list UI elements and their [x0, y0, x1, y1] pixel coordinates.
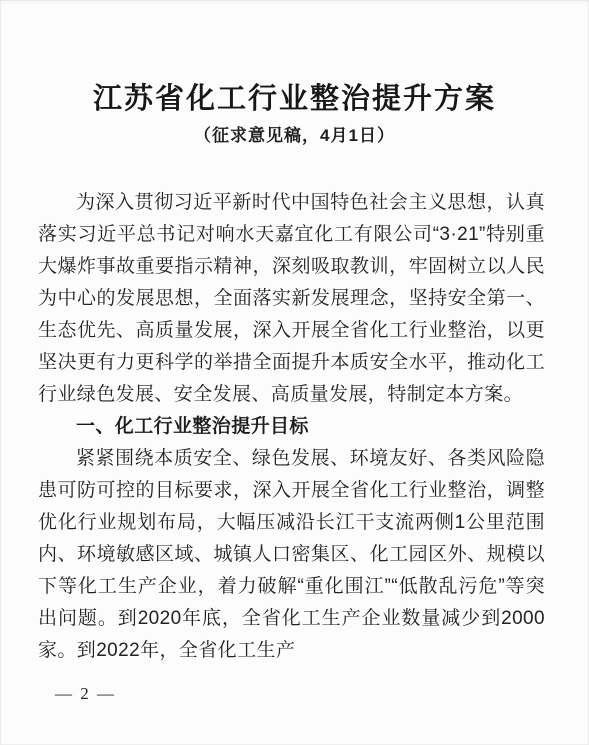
paragraph-goals: 紧紧围绕本质安全、绿色发展、环境友好、各类风险隐患可防可控的目标要求，深入开展全… — [38, 443, 545, 667]
page-number: — 2 — — [55, 683, 589, 705]
section-heading-1: 一、化工行业整治提升目标 — [38, 411, 545, 443]
paragraph-intro: 为深入贯彻习近平新时代中国特色社会主义思想，认真落实习近平总书记对响水天嘉宜化工… — [38, 187, 545, 411]
document-title: 江苏省化工行业整治提升方案 — [0, 84, 589, 114]
document-subtitle: （征求意见稿，4月1日） — [0, 126, 589, 146]
document-page: 江苏省化工行业整治提升方案 （征求意见稿，4月1日） 为深入贯彻习近平新时代中国… — [0, 0, 589, 745]
document-body: 为深入贯彻习近平新时代中国特色社会主义思想，认真落实习近平总书记对响水天嘉宜化工… — [38, 187, 545, 667]
